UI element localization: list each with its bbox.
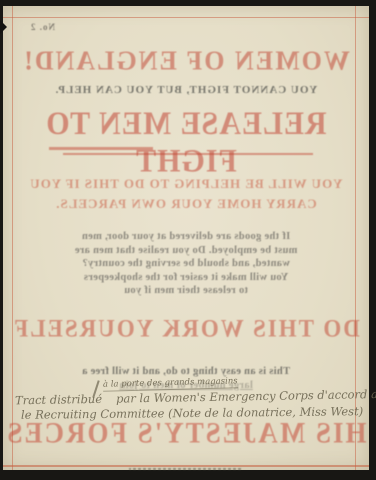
headline-his-majestys-forces: HIS MAJESTY'S FORCES <box>3 417 369 450</box>
headline-release-men: RELEASE MEN TO FIGHT <box>3 106 369 181</box>
handwriting-line-1-start: Tract distribué <box>15 392 102 408</box>
body-line-2: must be employed. Do you realise that me… <box>3 244 369 258</box>
headline-women-of-england: WOMEN OF ENGLAND! <box>3 45 369 77</box>
body-paragraph: If the goods are delivered at your door,… <box>3 230 369 298</box>
easy-line-1: This is an easy thing to do, and it will… <box>3 366 369 377</box>
subhead-cannot-fight: YOU CANNOT FIGHT, BUT YOU CAN HELP. <box>3 84 369 96</box>
release-underline-long <box>63 153 313 155</box>
body-line-1: If the goods are delivered at your door,… <box>3 230 369 244</box>
body-line-3: wanted, and should be serving the countr… <box>3 257 369 271</box>
scanned-document: No. 2 WOMEN OF ENGLAND! YOU CANNOT FIGHT… <box>0 0 376 480</box>
helping-lines: YOU WILL BE HELPING TO DO THIS IF YOU CA… <box>3 174 369 214</box>
leaflet-verso-paper: No. 2 WOMEN OF ENGLAND! YOU CANNOT FIGHT… <box>3 6 369 470</box>
release-underline-short <box>49 147 153 150</box>
printer-imprint-smudge <box>129 468 241 470</box>
helping-line-2: CARRY HOME YOUR OWN PARCELS. <box>3 194 369 214</box>
paper-edge-notch <box>0 20 7 34</box>
leaflet-number-label: No. 2 <box>30 22 55 32</box>
helping-line-1: YOU WILL BE HELPING TO DO THIS IF YOU <box>3 174 369 194</box>
body-line-5: to release their men if you <box>3 284 369 298</box>
body-line-4: You will make it easier for the shopkeep… <box>3 271 369 285</box>
headline-do-this-work: DO THIS WORK YOURSELF <box>3 315 369 343</box>
